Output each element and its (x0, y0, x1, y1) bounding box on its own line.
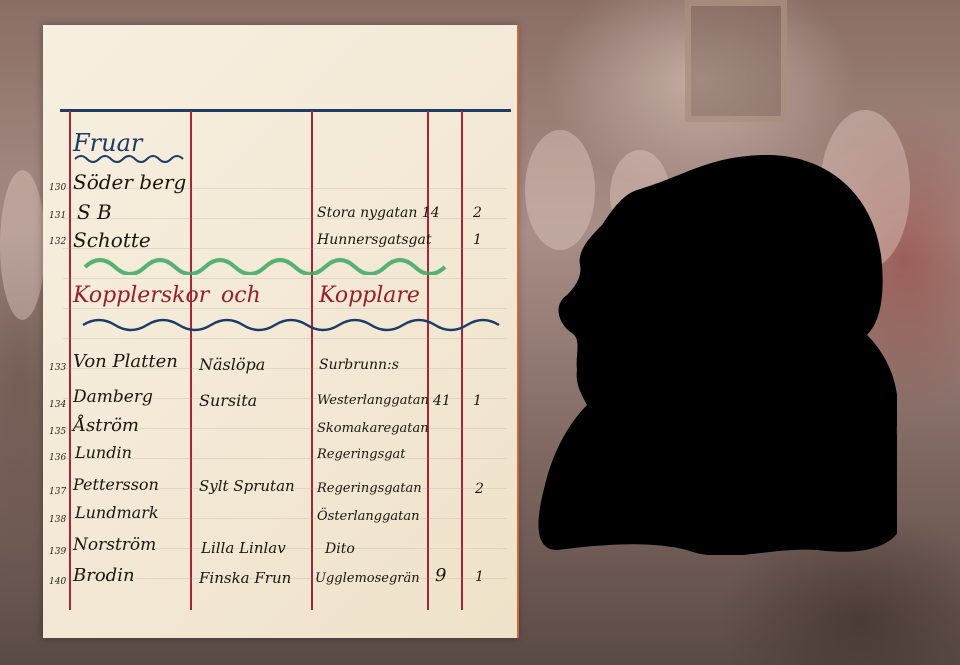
green-flourish (83, 253, 453, 275)
profile-silhouette (537, 155, 897, 555)
row-rule (63, 308, 507, 309)
entry-nickname: Sylt Sprutan (199, 477, 295, 495)
entry-count: 1 (473, 393, 482, 409)
row-rule (63, 338, 507, 339)
column-rule (427, 111, 429, 610)
blue-flourish (81, 317, 501, 333)
ledger-page: Fruar 130 Söder berg 131 S B Stora nygat… (43, 25, 517, 638)
entry-number: 140 (49, 577, 66, 587)
section-heading-kopplerskor: Kopplerskor (73, 283, 209, 308)
entry-name: Åström (73, 415, 139, 436)
blue-flourish (73, 153, 193, 165)
section-heading-kopplare: Kopplare (319, 283, 420, 308)
section-heading-och: och (221, 283, 261, 308)
column-rule (69, 111, 71, 610)
column-rule (190, 111, 192, 610)
entry-nickname: Sursita (199, 391, 257, 410)
entry-address: Surbrunn:s (319, 357, 399, 373)
entry-house-number: 9 (435, 565, 446, 586)
entry-address: Dito (325, 541, 355, 557)
entry-number: 137 (49, 487, 66, 497)
entry-name: S B (77, 200, 112, 224)
entry-nickname: Näslöpa (199, 355, 265, 374)
row-rule (63, 218, 507, 219)
entry-address: Regeringsgatan (317, 481, 422, 496)
entry-house-number: 41 (433, 393, 451, 409)
entry-name: Lundmark (75, 503, 159, 522)
entry-number: 138 (49, 515, 66, 525)
entry-nickname: Lilla Linlav (201, 539, 286, 557)
entry-count: 2 (475, 481, 484, 497)
entry-name: Norström (73, 535, 156, 555)
entry-name: Pettersson (73, 475, 159, 494)
entry-name: Lundin (75, 443, 132, 462)
column-rule (461, 111, 463, 610)
entry-number: 132 (49, 237, 66, 247)
entry-address: Ugglemosegrän (315, 571, 420, 586)
entry-number: 135 (49, 427, 66, 437)
entry-count: 2 (473, 205, 482, 221)
entry-name: Schotte (73, 228, 151, 252)
entry-address: Skomakaregatan (317, 421, 429, 436)
entry-name: Damberg (73, 387, 153, 407)
entry-number: 136 (49, 453, 66, 463)
background-figure (0, 170, 45, 320)
entry-count: 1 (475, 569, 484, 585)
entry-address: Regeringsgat (317, 447, 406, 462)
entry-name: Von Platten (73, 351, 178, 372)
row-rule (63, 278, 507, 279)
entry-number: 133 (49, 363, 66, 373)
background-painting-frame (685, 0, 787, 122)
entry-address: Stora nygatan 14 (317, 205, 440, 221)
entry-count: 1 (473, 232, 482, 248)
entry-number: 134 (49, 400, 66, 410)
entry-nickname: Finska Frun (199, 569, 291, 587)
entry-number: 139 (49, 547, 66, 557)
entry-address: Westerlanggatan (317, 393, 429, 408)
entry-number: 131 (49, 211, 66, 221)
entry-name: Söder berg (73, 170, 186, 194)
column-rule (311, 111, 313, 610)
entry-number: 130 (49, 183, 66, 193)
entry-address: Hunnersgatsgat (317, 232, 431, 248)
top-rule (60, 109, 511, 112)
entry-name: Brodin (73, 565, 135, 586)
entry-address: Österlanggatan (317, 509, 419, 524)
